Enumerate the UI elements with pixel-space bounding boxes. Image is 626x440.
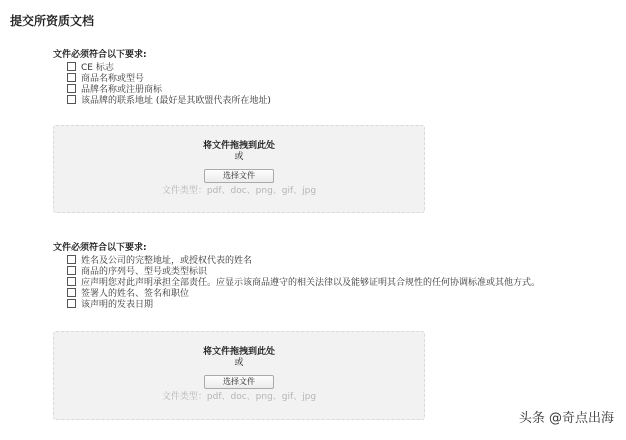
file-dropzone-1[interactable]: 将文件拖拽到此处 或 选择文件 文件类型：pdf、doc、png、gif、jpg xyxy=(53,125,425,213)
checkbox[interactable] xyxy=(67,277,76,286)
requirements-list: 姓名及公司的完整地址，或授权代表的姓名 商品的序列号、型号或类型标识 应声明您对… xyxy=(67,254,573,309)
checkbox[interactable] xyxy=(67,299,76,308)
dropzone-title: 将文件拖拽到此处 xyxy=(54,141,424,152)
page-title: 提交所资质文档 xyxy=(10,12,94,29)
watermark: 头条 @奇点出海 xyxy=(519,407,614,426)
checkbox[interactable] xyxy=(67,255,76,264)
file-dropzone-2[interactable]: 将文件拖拽到此处 或 选择文件 文件类型：pdf、doc、png、gif、jpg xyxy=(53,331,425,420)
checkbox[interactable] xyxy=(67,95,76,104)
requirements-section-1: 文件必须符合以下要求: CE 标志 商品名称或型号 品牌名称或注册商标 该品牌的… xyxy=(53,49,453,105)
requirements-section-2: 文件必须符合以下要求: 姓名及公司的完整地址，或授权代表的姓名 商品的序列号、型… xyxy=(53,242,573,309)
requirements-list: CE 标志 商品名称或型号 品牌名称或注册商标 该品牌的联系地址 (最好是其欧盟… xyxy=(67,61,453,105)
requirement-item[interactable]: 该声明的发表日期 xyxy=(67,298,573,309)
checkbox[interactable] xyxy=(67,288,76,297)
file-types-hint: 文件类型：pdf、doc、png、gif、jpg xyxy=(54,392,424,403)
dropzone-or: 或 xyxy=(54,358,424,369)
dropzone-or: 或 xyxy=(54,152,424,163)
checkbox[interactable] xyxy=(67,73,76,82)
checkbox[interactable] xyxy=(67,62,76,71)
dropzone-title: 将文件拖拽到此处 xyxy=(54,347,424,358)
requirement-item[interactable]: 该品牌的联系地址 (最好是其欧盟代表所在地址) xyxy=(67,94,453,105)
choose-file-button[interactable]: 选择文件 xyxy=(204,375,274,389)
checkbox[interactable] xyxy=(67,266,76,275)
file-types-hint: 文件类型：pdf、doc、png、gif、jpg xyxy=(54,186,424,197)
checkbox[interactable] xyxy=(67,84,76,93)
requirement-label: 该声明的发表日期 xyxy=(81,297,153,310)
requirement-label: 该品牌的联系地址 (最好是其欧盟代表所在地址) xyxy=(81,93,271,106)
choose-file-button[interactable]: 选择文件 xyxy=(204,169,274,183)
